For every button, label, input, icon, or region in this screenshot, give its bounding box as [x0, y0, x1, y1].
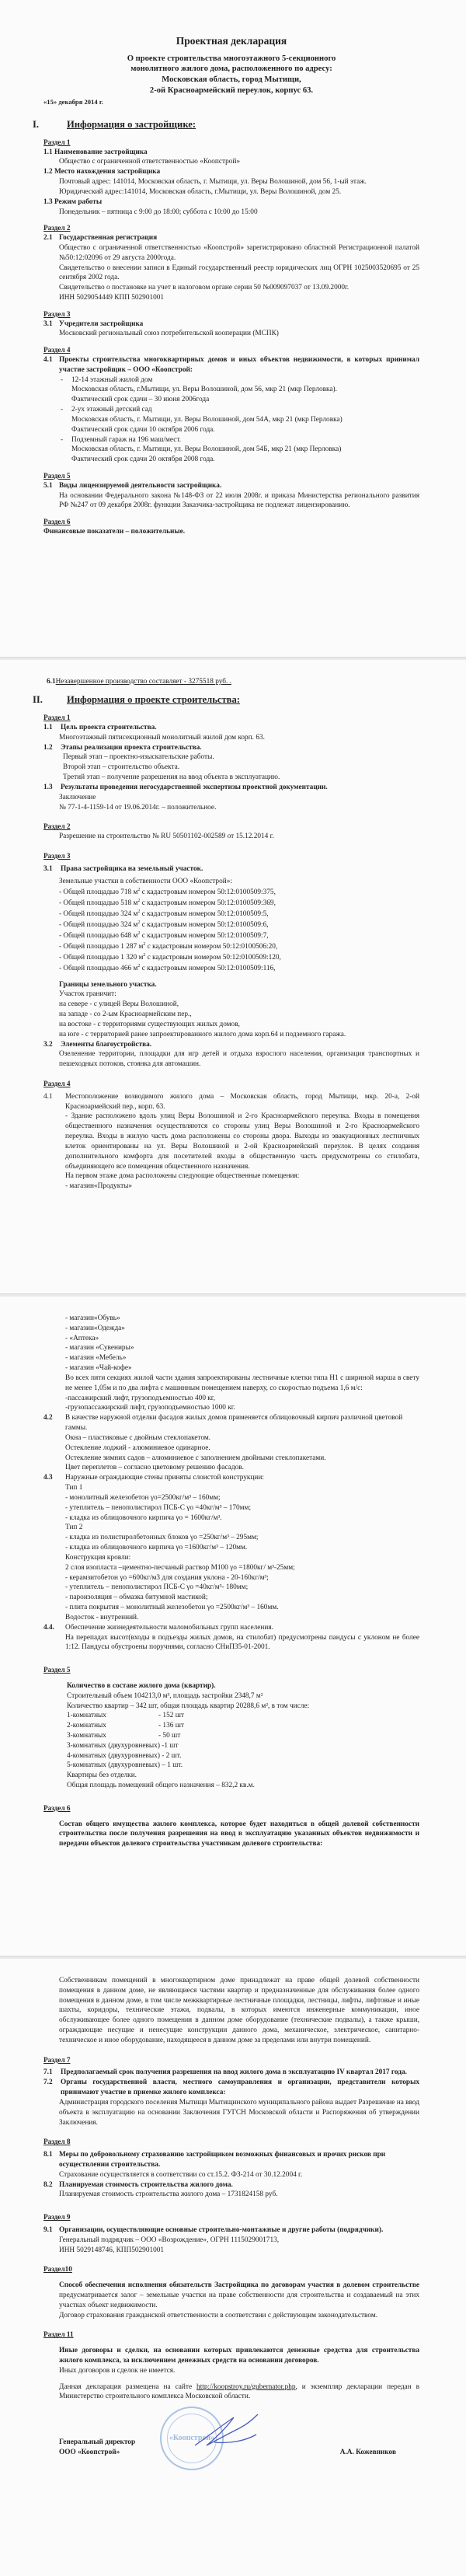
land-plot-item: - Общей площадью 324 м2 с кадастровым но…: [43, 909, 419, 920]
item-heading: 5.1Виды лицензируемой деятельности застр…: [43, 481, 419, 491]
building-permit: Разрешение на строительство № RU 5050110…: [43, 832, 419, 842]
facade-line: В качестве наружной отделки фасадов жилы…: [65, 1413, 419, 1433]
item-number: 4.2: [43, 1413, 65, 1473]
project-section-1: Раздел 1 1.1Цель проекта строительства. …: [43, 713, 419, 812]
wall-layer-line: - утеплитель – пенополистирол ПСБ-С γo =…: [65, 1503, 295, 1513]
boundaries-heading: Границы земельного участка.: [43, 980, 419, 990]
acceptance-authority-text: Администрация городского поселения Мытищ…: [43, 2098, 419, 2127]
developer-name: Общество с ограниченной ответственностью…: [43, 157, 419, 167]
unfinished-production-value: Незавершенное производство составляет - …: [56, 677, 231, 687]
item-number: 4.1: [43, 355, 59, 375]
part-2-title: II. Информация о проекте строительства:: [33, 693, 419, 707]
flat-extra: 5-комнатных (двухуровневых) – 1 шт.: [67, 1761, 419, 1771]
item-heading: 3.2Элементы благоустройства.: [43, 1040, 419, 1050]
item-title: Виды лицензируемой деятельности застройщ…: [59, 481, 221, 491]
insurance-text: Страхование осуществляется в соответстви…: [43, 2170, 419, 2180]
boundary-west: на западе - со 2-ым Красноармейским пер.…: [43, 1010, 419, 1020]
item-heading: 2.1Государственная регистрация: [43, 233, 419, 243]
boundaries-intro: Участок граничит:: [43, 990, 419, 1000]
item-number: 8.1: [43, 2150, 59, 2170]
project-stage: Третий этап – получение разрешения на вв…: [43, 773, 419, 783]
project-address: Московская область, г. Мытищи, ул. Веры …: [71, 445, 341, 455]
founders-text: Московский региональный союз потребитель…: [43, 329, 419, 339]
license-text: На основании Федерального закона №148-ФЗ…: [43, 491, 419, 511]
project-address: Московская область, г. Мытищи, ул. Веры …: [71, 415, 343, 425]
signature-block: Генеральный директор ООО «Коопстрой» «Ко…: [43, 2438, 419, 2458]
shop-item: - «Аптека»: [65, 1334, 419, 1344]
item-title: Государственная регистрация: [59, 233, 157, 243]
common-property-text: Собственникам помещений в многоквартирно…: [43, 1976, 419, 2046]
project-section-5: Раздел 5 Количество в составе жилого дом…: [43, 1665, 419, 1791]
unfinished-production: 6.1 Незавершенное производство составляе…: [47, 677, 419, 687]
signatory-role: Генеральный директор ООО «Коопстрой»: [59, 2438, 135, 2458]
land-plot-item: - Общей площадью 1 287 м2 с кадастровым …: [43, 941, 419, 952]
wall-layer-line: - кладка из полистиролбетонных блоков γo…: [65, 1533, 295, 1543]
section-label: Раздел 4: [43, 345, 419, 355]
inn-kpp-text: ИНН 5029054449 КПП 502901001: [43, 293, 419, 303]
wall-layer-line: - монолитный железобетон γo=2500кг/м³ – …: [65, 1493, 295, 1503]
boundary-north: на севере - с улицей Веры Волошиной,: [43, 1000, 419, 1010]
item-heading: 1.2Этапы реализации проекта строительств…: [43, 743, 419, 753]
section-label: Раздел 2: [43, 223, 419, 233]
item-number: 6.1: [47, 677, 56, 687]
section-label: Раздел 8: [43, 2137, 419, 2147]
postal-address: Почтовый адрес: 141014, Московская облас…: [43, 177, 419, 187]
section-label: Раздел10: [43, 2264, 419, 2274]
section-4-continued: - магазин«Обувь» - магазин«Одежда» - «Ап…: [43, 1314, 419, 1413]
lift-item: -грузопассажирский лифт, грузоподъемност…: [65, 1403, 419, 1413]
walls-construction-list: Тип 1- монолитный железобетон γo=2500кг/…: [65, 1483, 295, 1623]
signatory-position: Генеральный директор: [59, 2438, 135, 2448]
shop-item: - магазин«Обувь»: [65, 1314, 419, 1324]
item-number: 5.1: [43, 481, 59, 491]
item-heading: 8.1Меры по добровольному страхованию зас…: [43, 2150, 419, 2170]
flat-extra: 4-комнатных (двухуровневых) - 2 шт.: [67, 1751, 419, 1761]
item-heading: 8.2Планируемая стоимость строительства ж…: [43, 2180, 419, 2190]
item-heading: 4.1Проекты строительства многоквартирных…: [43, 355, 419, 375]
lift-item: -пассажирский лифт, грузоподъемностью 40…: [65, 1394, 419, 1404]
accessibility-item: 4.4. Обеспечение жизнедеятельности малом…: [43, 1623, 419, 1653]
flat-extra: 3-комнатных (двухуровневых) -1 шт: [67, 1741, 419, 1751]
project-date: Фактический срок сдачи 20 октября 2008 г…: [71, 455, 341, 465]
contractor-inn-kpp: ИНН 5029148746, КПП502901001: [43, 2246, 419, 2256]
other-contracts-heading: Иные договоры и сделки, на основании кот…: [43, 2346, 419, 2366]
stairs-lifts-text: Во всех пяти секциях жилой части здания …: [65, 1374, 419, 1394]
wall-layer-line: 2 слоя изопласта –цементно-песчаный раст…: [65, 1563, 295, 1573]
signatory-company: ООО «Коопстрой»: [59, 2448, 135, 2458]
ogrn-text: Свидетельство о внесении записи в Единый…: [43, 264, 419, 284]
item-number: 3.2: [43, 1040, 61, 1050]
subtitle-line: монолитного жилого дома, расположенного …: [43, 64, 419, 75]
project-section-8: Раздел 8 8.1Меры по добровольному страхо…: [43, 2137, 419, 2200]
item-heading: 1.1Цель проекта строительства.: [43, 723, 419, 733]
section-label: Раздел 1: [43, 138, 419, 148]
land-plot-item: - Общей площадью 648 м2 с кадастровым но…: [43, 930, 419, 941]
item-title: Планируемая стоимость строительства жило…: [59, 2180, 233, 2190]
project-stage: Второй этап – строительство объекта.: [43, 763, 419, 773]
registration-text: Общество с ограниченной ответственностью…: [43, 243, 419, 264]
project-section-9: Раздел 9 9.1Организации, осуществляющие …: [43, 2212, 419, 2255]
common-property-heading: Состав общего имущества жилого комплекса…: [43, 1820, 419, 1849]
section-label: Раздел 6: [43, 517, 419, 527]
other-contracts-text: Иных договоров и сделок не имеется.: [43, 2366, 419, 2376]
flat-qty: - 152 шт: [158, 1711, 419, 1721]
section-label: Раздел 3: [43, 851, 419, 861]
document-page-2: 6.1 Незавершенное производство составляе…: [0, 660, 466, 1293]
flat-type: 2-комнатных: [67, 1721, 158, 1731]
item-heading: 1.3Результаты проведения негосударственн…: [43, 783, 419, 793]
item-number: 7.1: [43, 2068, 61, 2078]
item-title: Учредители застройщика: [59, 319, 143, 330]
item-title: Цель проекта строительства.: [61, 723, 157, 733]
shop-item: - магазин «Мебель»: [65, 1353, 419, 1363]
general-contractor: Генеральный подрядчик – ООО «Возрождение…: [43, 2236, 419, 2246]
tax-certificate-text: Свидетельство о постановке на учет в нал…: [43, 283, 419, 293]
obligation-heading: Способ обеспечения исполнения обязательс…: [59, 2281, 419, 2289]
subtitle-line: О проекте строительства многоэтажного 5-…: [43, 54, 419, 65]
item-heading: 3.1Учредители застройщика: [43, 319, 419, 330]
section-label: Раздел 6: [43, 1803, 419, 1813]
land-plot-item: - Общей площадью 466 м2 с кадастровым но…: [43, 963, 419, 974]
facade-line: Окна – пластиковые с двойным стеклопакет…: [65, 1433, 419, 1443]
land-plot-item: - Общей площадью 718 м2 с кадастровым но…: [43, 887, 419, 898]
developer-section-5: Раздел 5 5.1Виды лицензируемой деятельно…: [43, 471, 419, 511]
project-section-2: Раздел 2 Разрешение на строительство № R…: [43, 822, 419, 842]
wall-layer-line: - кладка из облицовочного кирпича γo =16…: [65, 1543, 295, 1553]
wall-layer-line: - керамзитобетон γo =600кг/м3 для создан…: [65, 1573, 295, 1583]
shop-item: - магазин«Одежда»: [65, 1324, 419, 1334]
flat-qty: - 136 шт: [158, 1721, 419, 1731]
project-name: 12-14 этажный жилой дом: [71, 375, 337, 386]
developer-section-4: Раздел 4 4.1Проекты строительства многок…: [43, 345, 419, 465]
item-heading: 9.1Организации, осуществляющие основные …: [43, 2225, 419, 2236]
section-label: Раздел 4: [43, 1079, 419, 1089]
boundary-east: на востоке - с территориями существующих…: [43, 1020, 419, 1030]
item-number: 1.2: [43, 743, 61, 753]
item-title: Этапы реализации проекта строительства.: [61, 743, 202, 753]
wall-layer-line: Тип 1: [65, 1483, 295, 1493]
part-1-title: I. Информация о застройщике:: [33, 118, 419, 131]
project-name: Подземный гараж на 196 маш/мест.: [71, 435, 341, 445]
section-label: Раздел 9: [43, 2212, 419, 2222]
item-title: Предполагаемый срок получения разрешения…: [61, 2068, 407, 2078]
document-page-1: Проектная декларация О проекте строитель…: [0, 0, 466, 657]
location-item: 4.1 Местоположение возводимого жилого до…: [43, 1092, 419, 1192]
section-label: Раздел 7: [43, 2055, 419, 2065]
subtitle-line: Московская область, город Мытищи,: [43, 75, 419, 86]
part-number: I.: [33, 118, 67, 131]
ground-floor-intro: На первом этаже дома расположены следующ…: [65, 1171, 419, 1182]
part-title-text: Информация о проекте строительства:: [67, 693, 240, 707]
project-section-10: Раздел10 Способ обеспечения исполнения о…: [43, 2264, 419, 2320]
item-number: 2.1: [43, 233, 59, 243]
project-date: Фактический срок сдачи – 30 июня 2006год…: [71, 395, 337, 405]
apartments-count: Количество квартир – 342 шт, общая площа…: [67, 1702, 419, 1712]
section-label: Раздел 3: [43, 309, 419, 319]
flat-extra: Квартиры без отделки.: [67, 1771, 419, 1781]
document-subtitle: О проекте строительства многоэтажного 5-…: [43, 54, 419, 96]
project-list-item: - 2-ух этажный детский сад Московская об…: [43, 405, 419, 435]
flat-qty: - 50 шт: [158, 1731, 419, 1741]
project-address: Московская область, г.Мытищи, ул. Веры В…: [71, 385, 337, 395]
item-number: 3.1: [43, 864, 61, 874]
apartments-heading: Количество в составе жилого дома (кварти…: [67, 1681, 419, 1691]
building-entrances-text: - Здание расположено вдоль улиц Веры Вол…: [65, 1112, 419, 1171]
part-title-text: Информация о застройщике:: [67, 118, 196, 131]
signature-scribble-icon: [191, 2411, 261, 2450]
facade-line: Остекление зимних садов – алюминиевое с …: [65, 1454, 419, 1464]
shop-item: - магазин «Чай-кофе»: [65, 1363, 419, 1374]
developer-section-3: Раздел 3 3.1Учредители застройщика Моско…: [43, 309, 419, 339]
project-name: 2-ух этажный детский сад: [71, 405, 343, 415]
document-page-3: - магазин«Обувь» - магазин«Одежда» - «Ап…: [0, 1297, 466, 1956]
item-title: Права застройщика на земельный участок.: [61, 864, 203, 874]
item-number: 8.2: [43, 2180, 59, 2190]
section-label: Раздел 1: [43, 713, 419, 723]
item-heading: 1.1 Наименование застройщика: [43, 148, 419, 158]
facade-line: Цвет переплетов – согласно цветовому реш…: [65, 1463, 419, 1473]
document-title: Проектная декларация: [43, 34, 419, 49]
item-heading: 7.1Предполагаемый срок получения разреше…: [43, 2068, 419, 2078]
project-section-6: Раздел 6 Состав общего имущества жилого …: [43, 1803, 419, 1849]
wall-layer-line: Водосток - внутренний.: [65, 1613, 295, 1623]
item-number: 4.1: [43, 1092, 65, 1192]
wall-layer-line: Тип 2: [65, 1523, 295, 1533]
item-title: Меры по добровольному страхованию застро…: [59, 2150, 419, 2170]
flat-type: 3-комнатных: [67, 1731, 158, 1741]
item-number: 1.3: [43, 783, 61, 793]
developer-section-6: Раздел 6 Финансовые показатели – положит…: [43, 517, 419, 537]
item-heading: 3.1Права застройщика на земельный участо…: [43, 864, 419, 874]
wall-layer-line: - пароизоляция – обмазка битумной мастик…: [65, 1593, 295, 1603]
item-title: Результаты проведения негосударственной …: [61, 783, 328, 793]
shop-item: - магазин «Сувениры»: [65, 1343, 419, 1353]
liability-insurance-text: Договор страхования гражданской ответств…: [43, 2311, 419, 2321]
wall-layer-line: - утеплитель – пенополистирол ПСБ-С γo =…: [65, 1583, 295, 1593]
land-plot-item: - Общей площадью 1 320 м2 с кадастровым …: [43, 952, 419, 963]
walls-heading: Наружные ограждающие стены приняты слоис…: [65, 1473, 295, 1483]
project-date: Фактический срок сдачи 10 октября 2006 г…: [71, 425, 343, 435]
accessibility-text: На перепадах высот(входы в подъезды жилы…: [65, 1633, 419, 1653]
item-number: 1.1: [43, 723, 61, 733]
boundary-south: на юге - с территорией ранее запроектиро…: [43, 1030, 419, 1040]
obligation-security-text: Способ обеспечения исполнения обязательс…: [43, 2281, 419, 2310]
expertise-result: № 77-1-4-1159-14 от 19.06.2014г. – полож…: [43, 803, 419, 813]
project-section-3: Раздел 3 3.1Права застройщика на земельн…: [43, 851, 419, 1070]
declaration-link[interactable]: http://koopstroy.ru/gubernator.php: [196, 2383, 295, 2391]
item-number: 7.2: [43, 2078, 61, 2098]
item-heading: 1.3 Режим работы: [43, 197, 419, 208]
item-title: Органы государственной власти, местного …: [61, 2078, 419, 2098]
project-section-7: Раздел 7 7.1Предполагаемый срок получени…: [43, 2055, 419, 2128]
section-label: Раздел 5: [43, 1665, 419, 1675]
subtitle-line: 2-ой Красноармейский переулок, корпус 63…: [43, 86, 419, 96]
signatory-name: А.А. Кожевников: [340, 2448, 396, 2458]
project-goal: Многоэтажный пятисекционный монолитный ж…: [43, 733, 419, 743]
accessibility-heading: Обеспечение жизнедеятельности маломобиль…: [65, 1623, 419, 1633]
item-heading: 7.2Органы государственной власти, местно…: [43, 2078, 419, 2098]
land-plots-list: - Общей площадью 718 м2 с кадастровым но…: [43, 887, 419, 973]
item-heading: 1.2 Место нахождения застройщика: [43, 167, 419, 177]
land-plot-item: - Общей площадью 518 м2 с кадастровым но…: [43, 898, 419, 909]
wall-layer-line: Конструкция кровли:: [65, 1553, 295, 1563]
work-hours: Понедельник – пятница с 9:00 до 18:00; с…: [43, 208, 419, 218]
project-section-11: Раздел 11 Иные договоры и сделки, на осн…: [43, 2330, 419, 2402]
item-number: 4.4.: [43, 1623, 65, 1653]
item-title: Элементы благоустройства.: [61, 1040, 151, 1050]
project-list-item: - Подземный гараж на 196 маш/мест. Моско…: [43, 435, 419, 465]
land-plot-item: - Общей площадью 324 м2 с кадастровым но…: [43, 920, 419, 930]
project-stage: Первый этап – проектно-изыскательские ра…: [43, 752, 419, 763]
developer-section-1: Раздел 1 1.1 Наименование застройщика Об…: [43, 138, 419, 217]
common-area: Общая площадь помещений общего назначени…: [67, 1781, 419, 1791]
walls-item: 4.3 Наружные ограждающие стены приняты с…: [43, 1473, 419, 1622]
section-label: Раздел 11: [43, 2330, 419, 2340]
item-number: 9.1: [43, 2225, 59, 2236]
section-label: Раздел 5: [43, 471, 419, 481]
facade-line: Остекление лоджий - алюминиевое одинарно…: [65, 1443, 419, 1454]
financial-indicators: Финансовые показатели – положительные.: [43, 527, 419, 537]
landscaping-text: Озеленение территории, площадки для игр …: [43, 1049, 419, 1070]
publication-prefix: Данная декларация размещена на сайте: [59, 2383, 196, 2391]
shop-item: - магазин«Продукты»: [65, 1182, 419, 1192]
document-date: «15» декабря 2014 г.: [43, 98, 419, 107]
flat-type: 1-комнатных: [67, 1711, 158, 1721]
apartments-table: 1-комнатных- 152 шт 2-комнатных- 136 шт …: [67, 1711, 419, 1740]
developer-section-2: Раздел 2 2.1Государственная регистрация …: [43, 223, 419, 302]
item-number: 3.1: [43, 319, 59, 330]
item-title: Проекты строительства многоквартирных до…: [59, 355, 419, 375]
wall-layer-line: - кладка из облицовочного кирпича γo = 1…: [65, 1513, 295, 1524]
legal-address: Юридический адрес:141014, Московская обл…: [43, 187, 419, 197]
wall-layer-line: - плита покрытия – монолитный железобето…: [65, 1603, 295, 1613]
part-number: II.: [33, 693, 67, 707]
project-list-item: - 12-14 этажный жилой дом Московская обл…: [43, 375, 419, 405]
land-plots-intro: Земельные участки в собственности ООО «К…: [43, 877, 419, 887]
project-section-4: Раздел 4 4.1 Местоположение возводимого …: [43, 1079, 419, 1192]
publication-note: Данная декларация размещена на сайте htt…: [43, 2382, 419, 2403]
item-title: Организации, осуществляющие основные стр…: [59, 2225, 383, 2236]
planned-cost: Планируемая стоимость строительства жило…: [43, 2190, 419, 2200]
house-location: Местоположение возводимого жилого дома –…: [65, 1092, 419, 1112]
facade-item: 4.2 В качестве наружной отделки фасадов …: [43, 1413, 419, 1473]
expertise-label: Заключение: [43, 793, 419, 803]
obligation-body: предусматривается залог – земельные учас…: [59, 2292, 419, 2309]
document-page-4: Собственникам помещений в многоквартирно…: [0, 1959, 466, 2576]
building-volume: Строительный объем 104213,0 м³, площадь …: [67, 1691, 419, 1702]
section-label: Раздел 2: [43, 822, 419, 832]
item-number: 4.3: [43, 1473, 65, 1622]
